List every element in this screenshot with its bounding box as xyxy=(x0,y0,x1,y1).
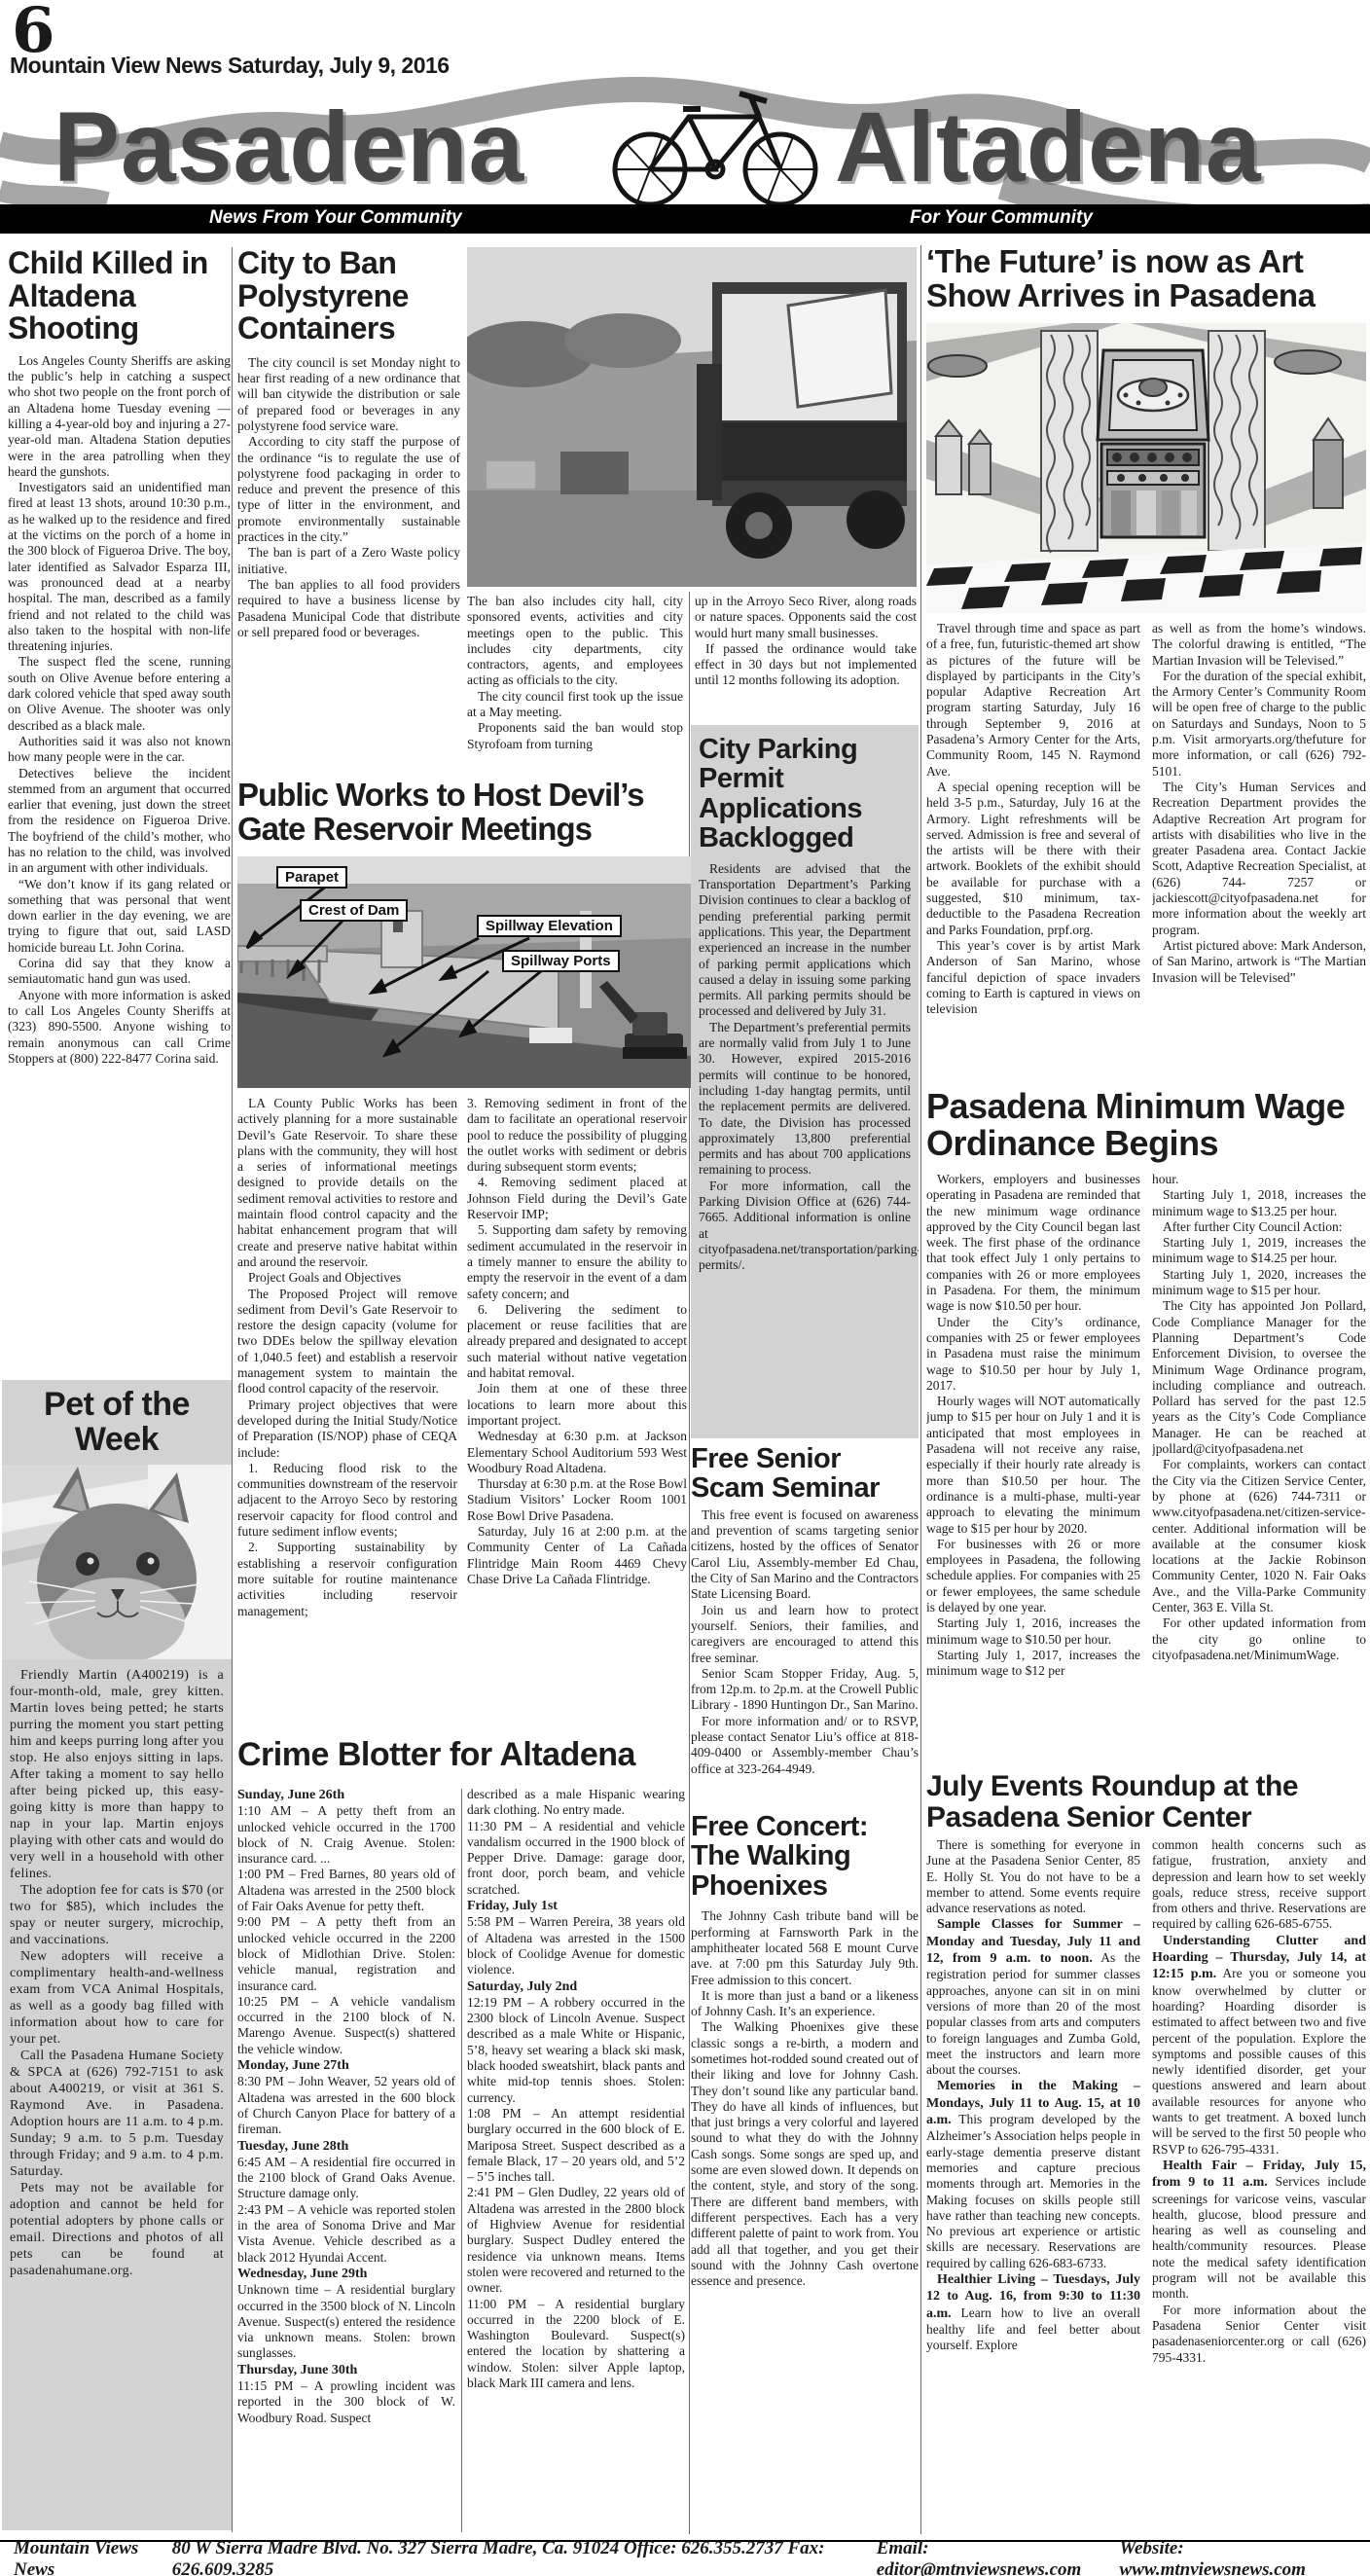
dam-photo: Parapet Crest of Dam Spillway Elevation … xyxy=(237,856,691,1088)
headline-child-killed: Child Killed in Altadena Shooting xyxy=(8,247,231,345)
article-devils-gate-col2: 3. Removing sediment in front of the dam… xyxy=(467,1096,687,1730)
headline-devils-gate: Public Works to Host Devil’s Gate Reserv… xyxy=(237,779,691,846)
article-body: Travel through time and space as part of… xyxy=(926,621,1140,1017)
article-wage-col1: Workers, employers and businesses operat… xyxy=(926,1172,1140,1765)
dam-label-crest: Crest of Dam xyxy=(300,899,408,922)
article-events-col2: common health concerns such as fatigue, … xyxy=(1152,1837,1366,2536)
article-wage-col2: hour.Starting July 1, 2018, increases th… xyxy=(1152,1172,1366,1765)
bicycle-icon xyxy=(594,80,837,208)
crime-blotter-col2: described as a male Hispanic wearing dar… xyxy=(467,1787,685,2532)
article-events-col1: There is something for everyone in June … xyxy=(926,1837,1140,2536)
tagline-right: For Your Community xyxy=(910,207,1093,229)
footer-email: Email: editor@mtnviewsnews.com xyxy=(877,2538,1120,2576)
masthead-title-pasadena: Pasadena xyxy=(54,97,524,197)
article-body: The ban also includes city hall, city sp… xyxy=(467,594,683,752)
article-body: as well as from the home’s windows. The … xyxy=(1152,621,1366,986)
masthead: Pasadena Altadena News From Your Communi… xyxy=(0,76,1370,234)
column-rule xyxy=(920,245,921,2534)
headline-pet-of-the-week: Pet of the Week xyxy=(2,1380,232,1457)
article-devils-gate-col1: LA County Public Works has been actively… xyxy=(237,1096,457,1730)
article-child-killed: Child Killed in Altadena Shooting Los An… xyxy=(8,247,231,1368)
headline-polystyrene: City to Ban Polystyrene Containers xyxy=(237,247,460,345)
article-body: There is something for everyone in June … xyxy=(926,1837,1140,2354)
dam-label-spillway-elevation: Spillway Elevation xyxy=(477,915,622,937)
headline-minimum-wage: Pasadena Minimum Wage Ordinance Begins xyxy=(926,1088,1366,1162)
article-scam-seminar: Free Senior Scam Seminar This free event… xyxy=(691,1444,919,1808)
article-body: Friendly Martin (A400219) is a four-mont… xyxy=(2,1659,232,2279)
article-pet-of-the-week: Pet of the Week Friendly Martin (A400219… xyxy=(2,1380,232,2530)
headline-free-concert: Free Concert: The Walking Phoenixes xyxy=(691,1812,919,1901)
article-free-concert: Free Concert: The Walking Phoenixes The … xyxy=(691,1812,919,2537)
footer-paper-name: Mountain Views News xyxy=(14,2538,172,2576)
footer-address: 80 W Sierra Madre Blvd. No. 327 Sierra M… xyxy=(172,2538,877,2576)
footer: Mountain Views News 80 W Sierra Madre Bl… xyxy=(0,2540,1370,2576)
masthead-strip: News From Your Community For Your Commun… xyxy=(0,204,1370,234)
headline-parking-permits: City Parking Permit Applications Backlog… xyxy=(699,735,911,853)
article-body: Residents are advised that the Transport… xyxy=(699,861,911,1274)
dam-label-parapet: Parapet xyxy=(276,866,347,889)
newspaper-page: 6 Mountain View News Saturday, July 9, 2… xyxy=(0,0,1370,2576)
masthead-title-altadena: Altadena xyxy=(835,97,1262,197)
article-body: described as a male Hispanic wearing dar… xyxy=(467,1787,685,2391)
art-show-drawing xyxy=(926,323,1366,613)
article-polystyrene-cont: The ban also includes city hall, city sp… xyxy=(467,594,683,775)
article-polystyrene-cont: up in the Arroyo Seco River, along roads… xyxy=(695,594,917,726)
article-parking-permits: City Parking Permit Applications Backlog… xyxy=(691,725,919,1438)
article-body: This free event is focused on awareness … xyxy=(691,1507,919,1777)
article-body: up in the Arroyo Seco River, along roads… xyxy=(695,594,917,689)
crime-blotter-col1: Sunday, June 26th1:10 AM – A petty theft… xyxy=(237,1787,455,2532)
article-body: Sunday, June 26th1:10 AM – A petty theft… xyxy=(237,1787,455,2426)
headline-future-art-show: ‘The Future’ is now as Art Show Arrives … xyxy=(926,245,1366,312)
headline-scam-seminar: Free Senior Scam Seminar xyxy=(691,1444,919,1504)
article-body: Los Angeles County Sheriffs are asking t… xyxy=(8,353,231,1067)
article-body: Workers, employers and businesses operat… xyxy=(926,1172,1140,1680)
footer-website: Website: www.mtnviewsnews.com xyxy=(1120,2538,1356,2576)
article-body: 3. Removing sediment in front of the dam… xyxy=(467,1096,687,1587)
article-body: LA County Public Works has been actively… xyxy=(237,1096,457,1619)
cat-photo xyxy=(2,1465,232,1659)
column-rule xyxy=(232,247,233,2532)
truck-photo xyxy=(467,247,917,587)
article-body: The Johnny Cash tribute band will be per… xyxy=(691,1908,919,2289)
tagline-left: News From Your Community xyxy=(209,207,462,229)
edition-line: Mountain View News Saturday, July 9, 201… xyxy=(10,53,450,79)
article-future-col2: as well as from the home’s windows. The … xyxy=(1152,621,1366,1086)
article-body: hour.Starting July 1, 2018, increases th… xyxy=(1152,1172,1366,1663)
article-future-col1: Travel through time and space as part of… xyxy=(926,621,1140,1086)
dam-label-spillway-ports: Spillway Ports xyxy=(502,950,620,972)
article-polystyrene: City to Ban Polystyrene Containers The c… xyxy=(237,247,460,705)
headline-july-events: July Events Roundup at the Pasadena Seni… xyxy=(926,1771,1366,1832)
dam-photo-art xyxy=(237,856,691,1088)
column-rule xyxy=(461,1789,462,2532)
article-body: The city council is set Monday night to … xyxy=(237,355,460,640)
headline-crime-blotter: Crime Blotter for Altadena xyxy=(237,1738,691,1773)
article-body: common health concerns such as fatigue, … xyxy=(1152,1837,1366,2366)
